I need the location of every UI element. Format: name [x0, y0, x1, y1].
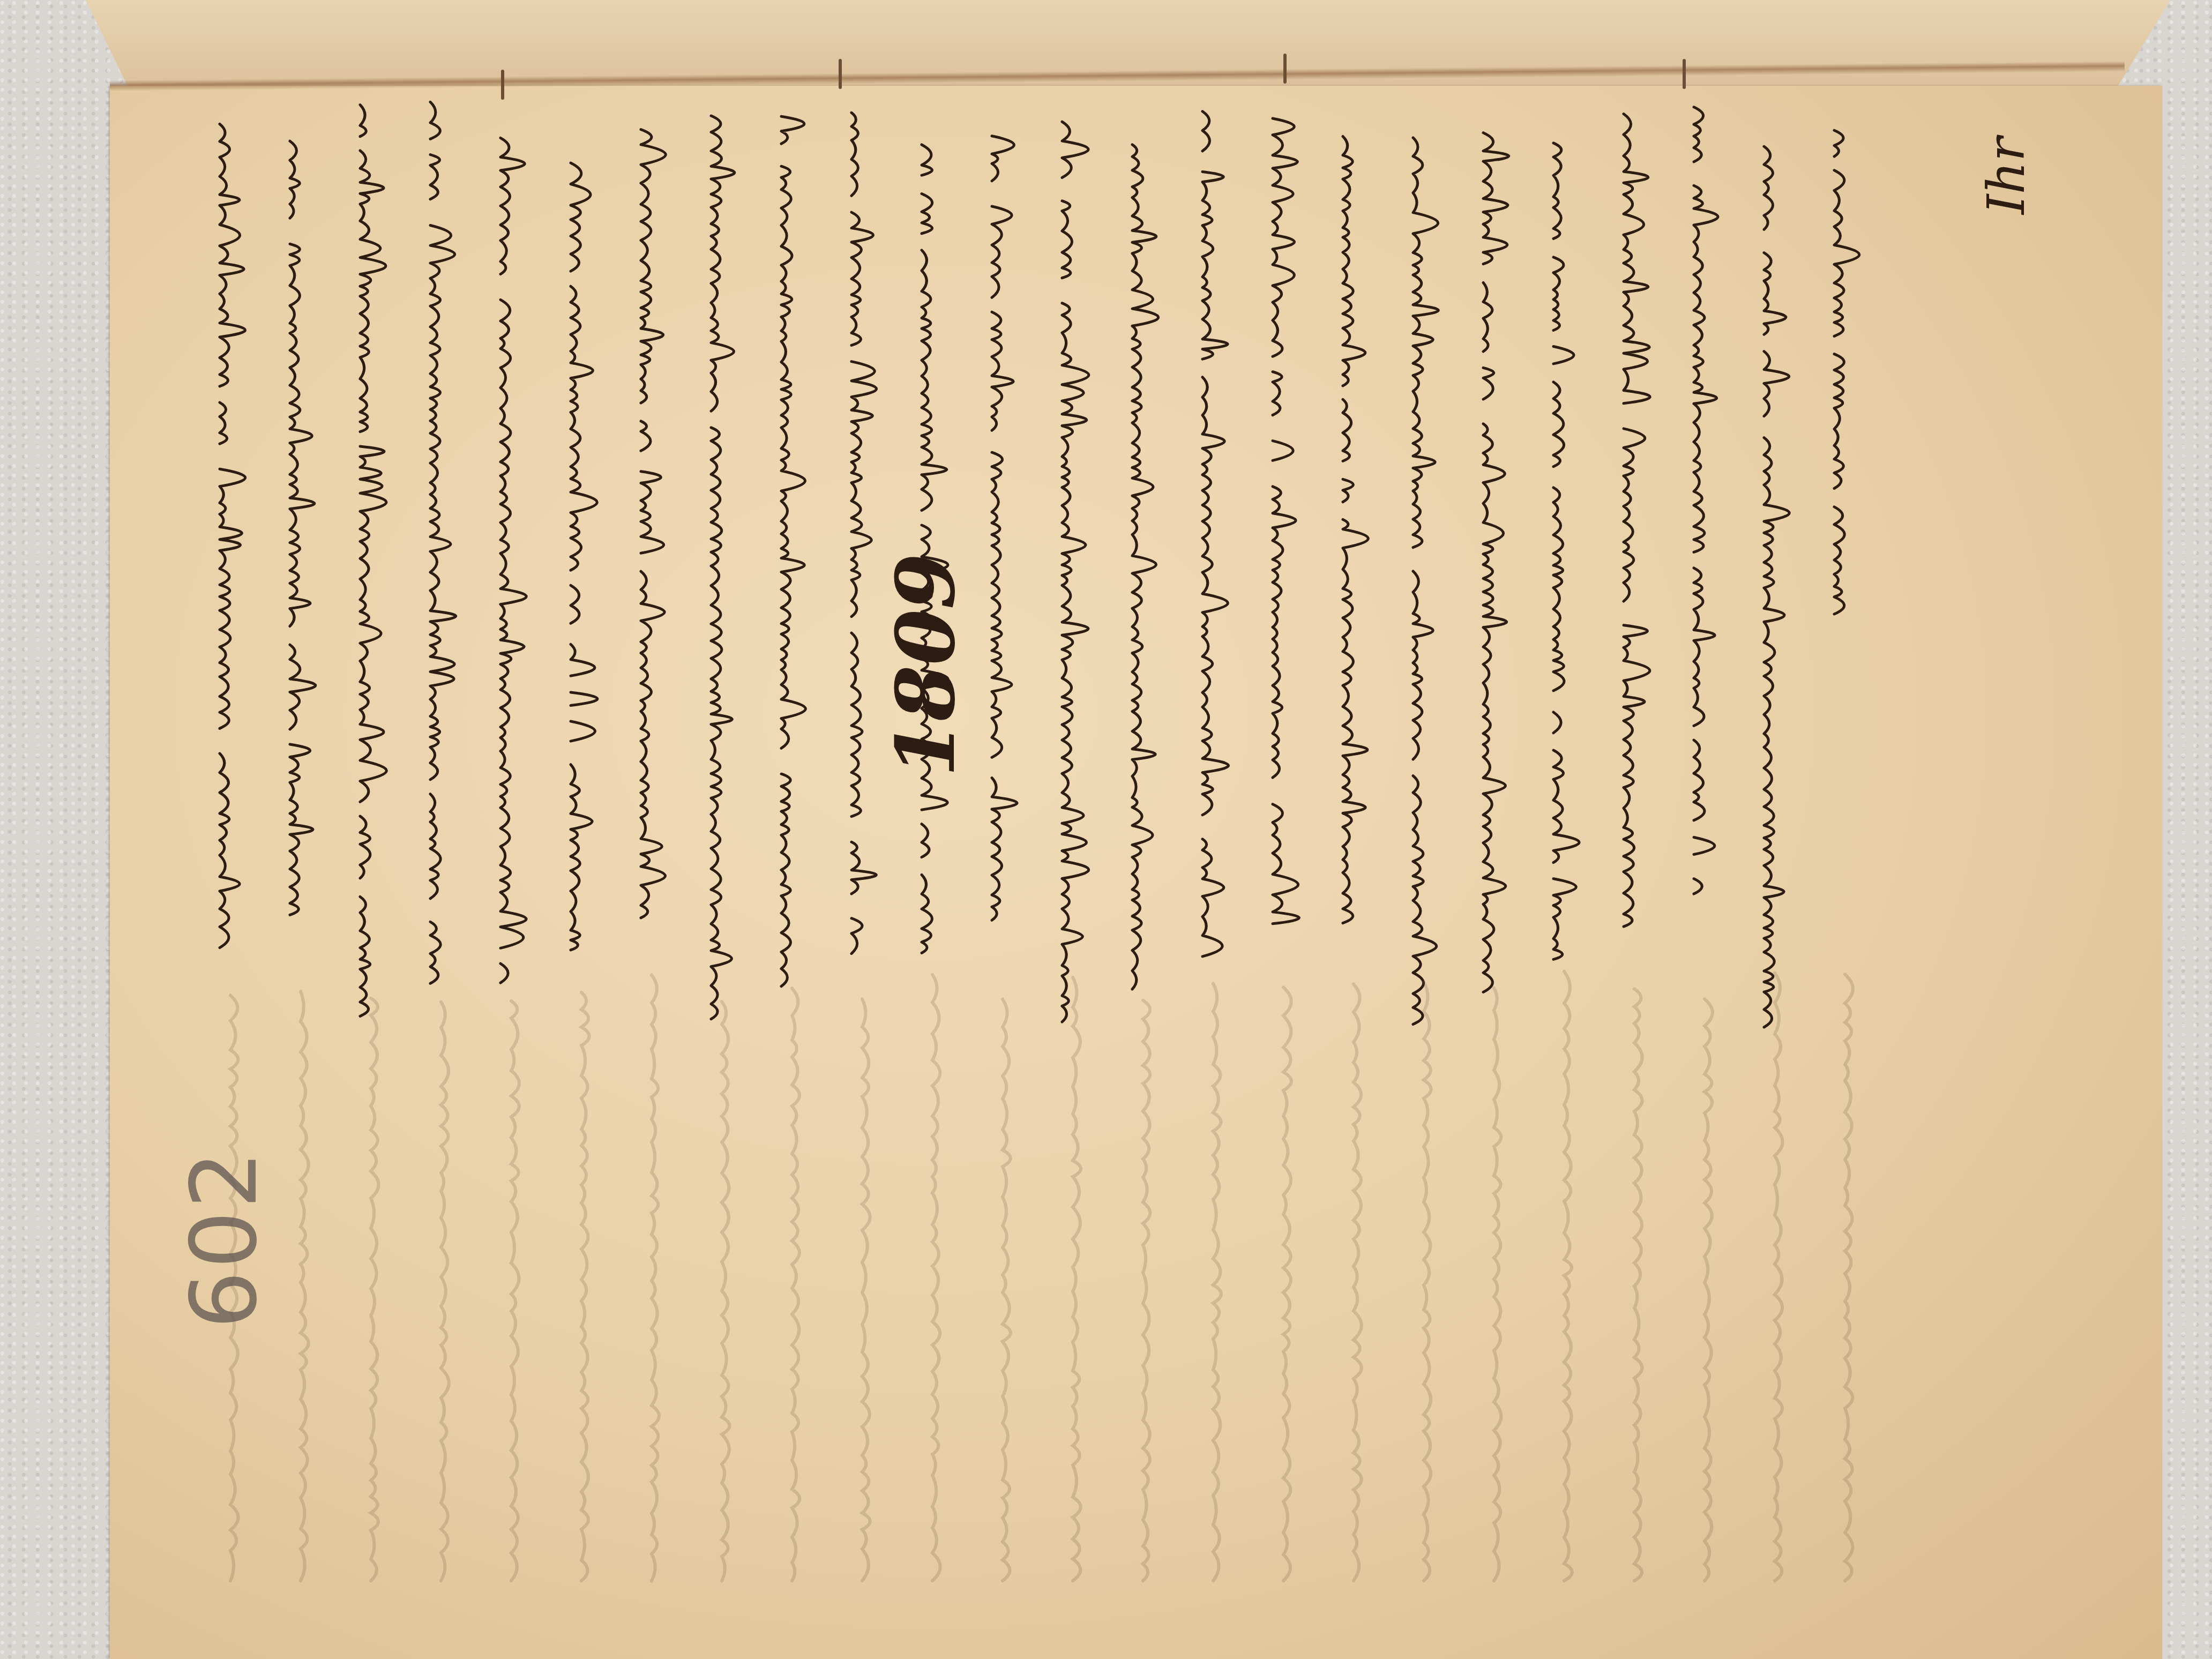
closing-signature-mark: Ihr — [1977, 137, 2036, 214]
bleed-through-text — [0, 0, 2212, 1659]
folio-number: 602 — [171, 1149, 278, 1329]
date-1809: 1809 — [879, 554, 973, 777]
